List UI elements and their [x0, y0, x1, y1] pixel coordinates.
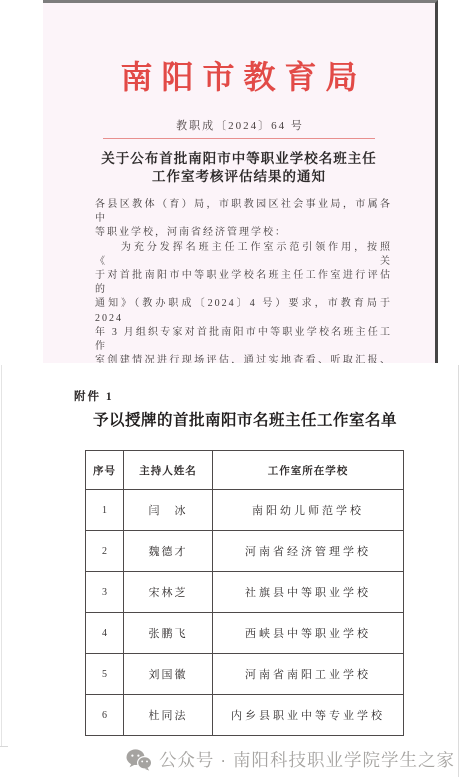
cell-school: 内乡县职业中等专业学校 — [213, 695, 404, 736]
body-line: 等职业学校，河南省经济管理学校： — [95, 226, 392, 240]
table-row: 6杜同法内乡县职业中等专业学校 — [86, 695, 404, 736]
cell-school: 南阳幼儿师范学校 — [213, 490, 404, 531]
cell-school: 河南省南阳工业学校 — [213, 654, 404, 695]
wechat-icon — [126, 749, 152, 771]
cell-name: 闫 冰 — [124, 490, 213, 531]
attachment-page: 附件 1 予以授牌的首批南阳市名班主任工作室名单 序号 主持人姓名 工作室所在学… — [0, 363, 467, 777]
cell-name: 张鹏飞 — [124, 613, 213, 654]
document-number: 教职成〔2024〕64 号 — [43, 117, 435, 133]
cell-name: 宋林芝 — [124, 572, 213, 613]
watermark-text: 公众号 · 南阳科技职业学院学生之家 — [159, 747, 455, 772]
cell-no: 6 — [86, 695, 124, 736]
table-row: 1闫 冰南阳幼儿师范学校 — [86, 490, 404, 531]
header-school: 工作室所在学校 — [213, 451, 404, 490]
screenshot-stage: 南阳市教育局 教职成〔2024〕64 号 关于公布首批南阳市中等职业学校名班主任… — [0, 0, 467, 777]
page-corner-mark — [0, 746, 8, 747]
body-line: 各县区教体（育）局，市职教园区社会事业局，市属各中 — [95, 198, 392, 226]
red-divider — [103, 138, 375, 139]
cell-no: 1 — [86, 490, 124, 531]
cell-school: 社旗县中等职业学校 — [213, 572, 404, 613]
cell-name: 杜同法 — [124, 695, 213, 736]
notice-title-line1: 关于公布首批南阳市中等职业学校名班主任 — [43, 150, 435, 168]
letterhead-page: 南阳市教育局 教职成〔2024〕64 号 关于公布首批南阳市中等职业学校名班主任… — [43, 0, 438, 363]
cell-no: 4 — [86, 613, 124, 654]
table-row: 3宋林芝社旗县中等职业学校 — [86, 572, 404, 613]
table-row: 5刘国徽河南省南阳工业学校 — [86, 654, 404, 695]
attachment-label: 附件 1 — [74, 388, 114, 404]
body-line: 于对首批南阳市中等职业学校名班主任工作室进行评估的 — [95, 269, 392, 297]
attachment-title: 予以授牌的首批南阳市名班主任工作室名单 — [25, 408, 465, 430]
cell-no: 3 — [86, 572, 124, 613]
body-line: 通知》（教办职成〔2024〕4 号）要求，市教育局于 2024 — [95, 297, 392, 325]
cell-school: 西峡县中等职业学校 — [213, 613, 404, 654]
cell-no: 2 — [86, 531, 124, 572]
cell-no: 5 — [86, 654, 124, 695]
page-left-edge — [1, 365, 2, 746]
cell-name: 魏德才 — [124, 531, 213, 572]
body-line: 为充分发挥名班主任工作室示范引领作用，按照《关 — [95, 241, 392, 269]
notice-title: 关于公布首批南阳市中等职业学校名班主任 工作室考核评估结果的通知 — [43, 150, 435, 186]
agency-title: 南阳市教育局 — [43, 60, 435, 94]
header-no: 序号 — [86, 451, 124, 490]
table-row: 4张鹏飞西峡县中等职业学校 — [86, 613, 404, 654]
header-name: 主持人姓名 — [124, 451, 213, 490]
roster-table-body: 1闫 冰南阳幼儿师范学校2魏德才河南省经济管理学校3宋林芝社旗县中等职业学校4张… — [86, 490, 404, 736]
watermark: 公众号 · 南阳科技职业学院学生之家 — [126, 747, 455, 772]
body-line: 室创建情况进行现场评估，通过实地查看、听取汇报、座 — [95, 354, 392, 363]
body-text: 各县区教体（育）局，市职教园区社会事业局，市属各中等职业学校，河南省经济管理学校… — [95, 198, 392, 363]
notice-title-line2: 工作室考核评估结果的通知 — [43, 168, 435, 186]
table-row: 2魏德才河南省经济管理学校 — [86, 531, 404, 572]
table-header-row: 序号 主持人姓名 工作室所在学校 — [86, 451, 404, 490]
cell-school: 河南省经济管理学校 — [213, 531, 404, 572]
body-line: 年 3 月组织专家对首批南阳市中等职业学校名班主任工作 — [95, 326, 392, 354]
roster-table: 序号 主持人姓名 工作室所在学校 1闫 冰南阳幼儿师范学校2魏德才河南省经济管理… — [85, 450, 404, 736]
cell-name: 刘国徽 — [124, 654, 213, 695]
